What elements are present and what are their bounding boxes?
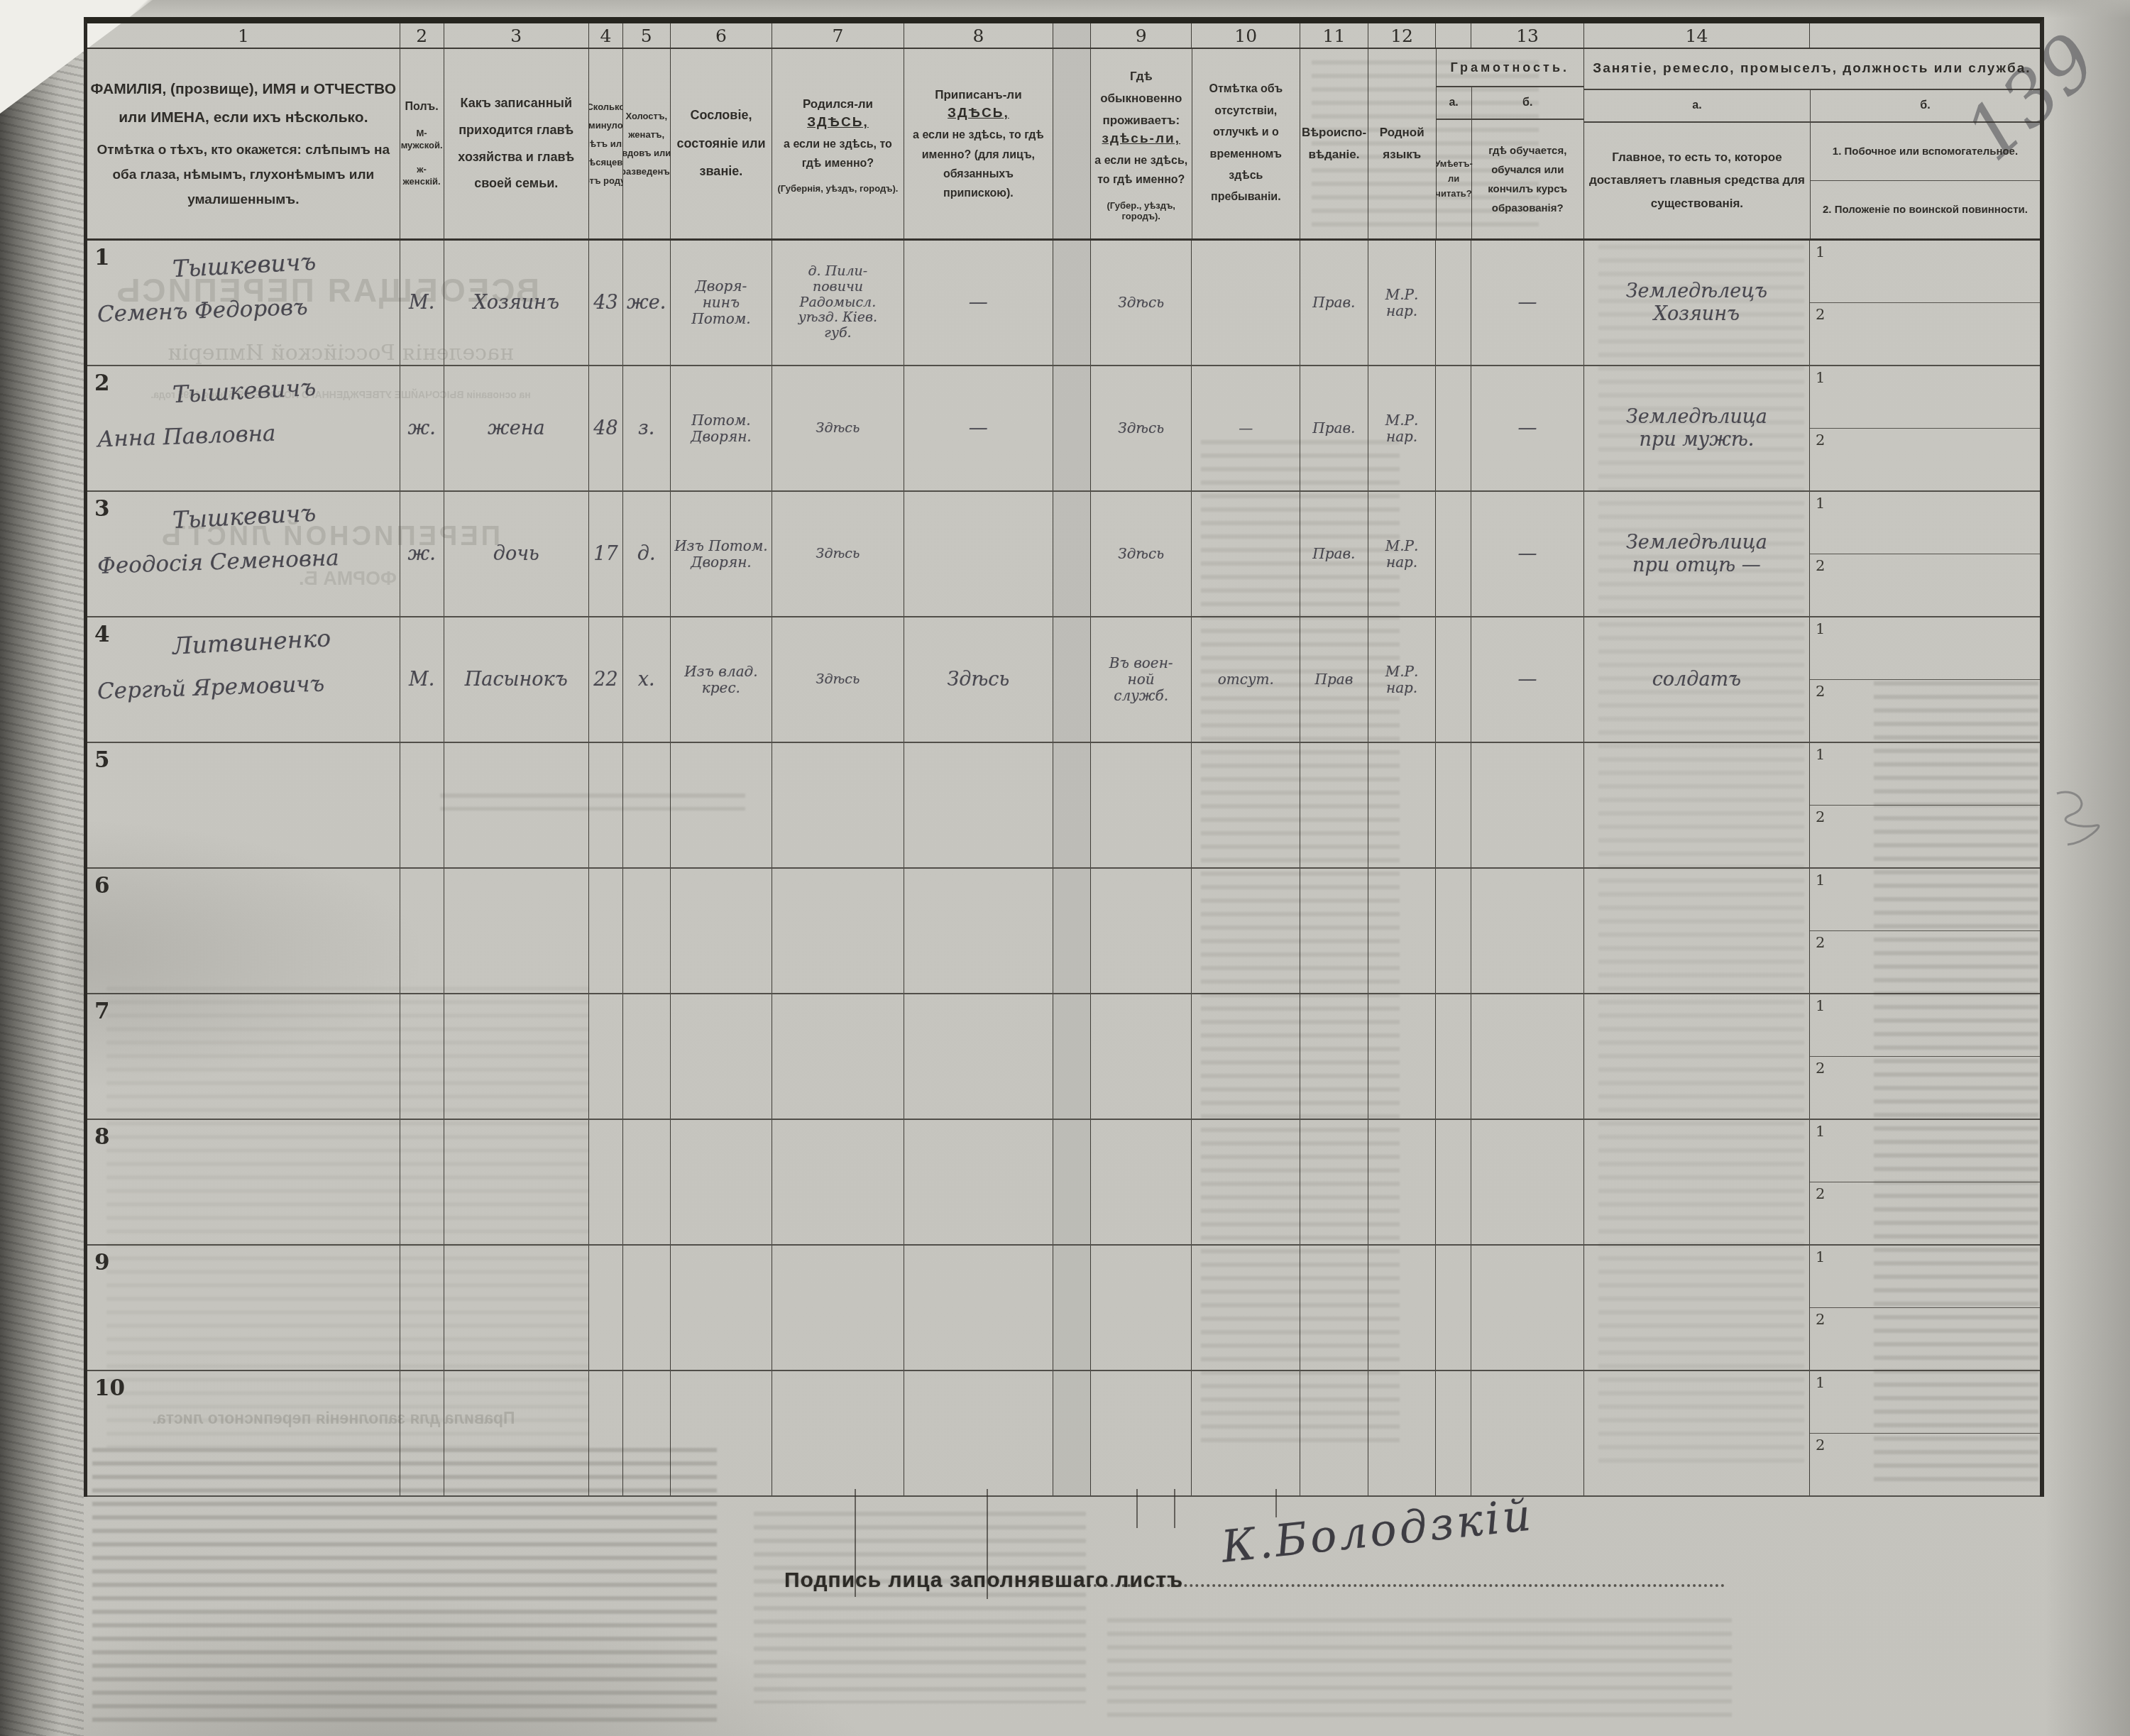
handwriting-religion: Прав.: [1312, 420, 1355, 436]
col-number-9: 9: [1091, 23, 1192, 48]
cell-estate: [671, 869, 773, 993]
handwriting-birthplace: Здѣсь: [816, 546, 860, 562]
signature-dotted-line: [1082, 1584, 1725, 1587]
cell-age: [589, 869, 623, 993]
subrow-label-2: 2: [1816, 934, 1825, 951]
secondary-occupation-subrow: 1: [1810, 1120, 2040, 1182]
page-fold-column: [1053, 1246, 1091, 1370]
secondary-occupation-subrow: 1: [1810, 492, 2040, 554]
handwriting-relation: жена: [488, 417, 545, 439]
handwriting-residence: Въ воен- ной служб.: [1109, 655, 1173, 704]
cell-language: [1368, 743, 1437, 867]
header-birthplace: Родился-ли ЗДѢСЬ, а если не здѣсь, то гд…: [772, 49, 904, 238]
cell-occupation-secondary: 1 2: [1810, 994, 2040, 1119]
header-registration-pre: Приписанъ-ли: [935, 84, 1021, 106]
cell-occupation: Земледѣлецъ Хозяинъ: [1584, 241, 1810, 365]
header-language-title: Родной языкъ: [1371, 122, 1433, 165]
handwriting-registration: —: [969, 417, 988, 439]
census-sheet-paper: ВСЕОБЩАЯ ПЕРЕПИСЬ населенія Россійской И…: [0, 0, 2130, 1736]
cell-name: 9: [87, 1246, 400, 1370]
cell-residence: Въ воен- ной служб.: [1091, 617, 1192, 742]
cell-birthplace: д. Пили- повичи Радомысл. уѣзд. Кіев. гу…: [772, 241, 904, 365]
subrow-label-1: 1: [1816, 1248, 1825, 1265]
header-registration-rest: а если не здѣсь, то гдѣ именно? (для лиц…: [907, 126, 1050, 203]
subrow-label-2: 2: [1816, 1436, 1825, 1454]
row-number: 4: [94, 622, 110, 647]
cell-estate: Изъ влад. крес.: [671, 617, 773, 742]
handwriting-estate: Изъ влад. крес.: [684, 664, 757, 696]
cell-registration: Здѣсь: [904, 617, 1053, 742]
cell-age: [589, 994, 623, 1119]
cell-name: 4 Литвиненко Сергѣй Яремовичъ: [87, 617, 400, 742]
header-occupation-title: Занятіе, ремесло, промыселъ, должность и…: [1584, 49, 2040, 90]
cell-education: —: [1471, 241, 1584, 365]
cell-residence: [1091, 1371, 1192, 1495]
cell-age: 43: [589, 241, 623, 365]
subrow-label-1: 1: [1816, 495, 1825, 512]
header-residence-note: (Губер., уѣздъ, городъ).: [1094, 200, 1189, 221]
header-absence: Отмѣтка объ отсутствіи, отлучкѣ и о врем…: [1192, 49, 1301, 238]
military-status-subrow: 2: [1810, 429, 2040, 491]
header-sex: Полъ. М-мужской. ж-женскій.: [400, 49, 444, 238]
header-marital: Холостъ, женатъ, вдовъ или разведенъ.: [623, 49, 671, 238]
cell-sex: ж.: [400, 492, 444, 616]
handwriting-birthplace: Здѣсь: [816, 672, 860, 688]
col-number-12: 12: [1368, 23, 1437, 48]
cell-age: 48: [589, 366, 623, 490]
secondary-occupation-subrow: 1: [1810, 241, 2040, 303]
cell-name: 3 Тышкевичъ Феодосія Семеновна: [87, 492, 400, 616]
cell-absence: [1192, 1120, 1300, 1244]
handwriting-relation: Хозяинъ: [473, 292, 559, 314]
handwriting-education: —: [1518, 669, 1537, 691]
handwriting-education: —: [1518, 292, 1537, 314]
subrow-label-1: 1: [1816, 1374, 1825, 1391]
enumerator-signature: К.Болодзкій: [1219, 1488, 1535, 1573]
row-number: 9: [94, 1250, 110, 1275]
cell-literacy: [1436, 994, 1471, 1119]
cell-sex: [400, 1371, 444, 1495]
col-number-14b: [1810, 23, 2040, 48]
handwriting-sex: М.: [409, 669, 434, 691]
subrow-label-2: 2: [1816, 306, 1825, 323]
cell-education: [1471, 1246, 1584, 1370]
row-number: 10: [94, 1375, 125, 1401]
header-registration: Приписанъ-ли ЗДѢСЬ, а если не здѣсь, то …: [904, 49, 1053, 238]
header-literacy-a-text: Умѣетъ-ли читать?: [1437, 120, 1471, 238]
cell-birthplace: Здѣсь: [772, 366, 904, 490]
header-estate: Сословіе, состояніе или званіе.: [671, 49, 773, 238]
cell-registration: [904, 1371, 1053, 1495]
header-relation: Какъ записанный приходится главѣ хозяйст…: [444, 49, 589, 238]
subrow-label-2: 2: [1816, 683, 1825, 700]
cell-religion: [1300, 994, 1368, 1119]
secondary-occupation-subrow: 1: [1810, 617, 2040, 680]
cell-registration: [904, 869, 1053, 993]
cell-occupation-secondary: 1 2: [1810, 869, 2040, 993]
page-fold-column: [1053, 49, 1091, 238]
column-line-extension: [1275, 1489, 1277, 1517]
header-sex-female: ж-женскій.: [403, 163, 441, 188]
cell-marital: х.: [623, 617, 671, 742]
military-status-subrow: 2: [1810, 931, 2040, 994]
cell-name: 6: [87, 869, 400, 993]
row-number: 1: [94, 245, 110, 270]
row-number: 5: [94, 747, 110, 773]
cell-occupation-secondary: 1 2: [1810, 241, 2040, 365]
cell-estate: Изъ Потом. Дворян.: [671, 492, 773, 616]
military-status-subrow: 2: [1810, 1434, 2040, 1496]
military-status-subrow: 2: [1810, 680, 2040, 742]
cell-registration: —: [904, 241, 1053, 365]
cell-name: 5: [87, 743, 400, 867]
pencil-squiggle: [2050, 786, 2107, 850]
handwriting-age: 48: [593, 417, 617, 439]
handwriting-registration: Здѣсь: [948, 669, 1010, 691]
cell-language: [1368, 1246, 1437, 1370]
handwriting-age: 22: [593, 669, 617, 691]
cell-occupation: Земледѣлица при мужѣ.: [1584, 366, 1810, 490]
cell-literacy: [1436, 869, 1471, 993]
cell-age: 22: [589, 617, 623, 742]
header-sex-title: Полъ.: [405, 99, 439, 115]
cell-occupation-secondary: 1 2: [1810, 617, 2040, 742]
cell-language: [1368, 1120, 1437, 1244]
handwriting-surname: Тышкевичъ: [172, 374, 317, 408]
cell-residence: [1091, 1120, 1192, 1244]
subrow-label-2: 2: [1816, 557, 1825, 574]
cell-relation: [444, 869, 589, 993]
cell-relation: [444, 1371, 589, 1495]
handwriting-residence: Здѣсь: [1118, 546, 1164, 562]
column-line-extension: [1174, 1489, 1175, 1528]
col-number-1: 1: [87, 23, 400, 48]
cell-marital: [623, 869, 671, 993]
header-occupation-a-label: а.: [1584, 90, 1810, 123]
cell-sex: М.: [400, 617, 444, 742]
handwriting-residence: Здѣсь: [1118, 295, 1164, 311]
cell-language: М.Р. нар.: [1368, 241, 1437, 365]
row-number: 3: [94, 496, 110, 522]
row-number: 6: [94, 873, 110, 899]
page-fold-column: [1053, 869, 1091, 993]
cell-residence: Здѣсь: [1091, 366, 1192, 490]
cell-absence: [1192, 241, 1300, 365]
cell-registration: [904, 743, 1053, 867]
header-occupation-b1-text: 1. Побочное или вспомогательное.: [1811, 123, 2040, 181]
header-residence: Гдѣ обыкновенно проживаетъ: здѣсь-ли, а …: [1091, 49, 1192, 238]
handwriting-sex: ж.: [407, 417, 435, 439]
cell-estate: Потом. Дворян.: [671, 366, 773, 490]
handwriting-estate: Изъ Потом. Дворян.: [674, 538, 767, 571]
header-age-title: Сколько минуло лѣтъ или мѣсяцевъ отъ род…: [589, 98, 623, 190]
cell-education: [1471, 1120, 1584, 1244]
cell-estate: [671, 994, 773, 1119]
handwriting-occupation: солдатъ: [1652, 669, 1741, 691]
header-age: Сколько минуло лѣтъ или мѣсяцевъ отъ род…: [589, 49, 623, 238]
cell-residence: [1091, 743, 1192, 867]
table-row: 7 1 2: [87, 994, 2040, 1120]
cell-estate: [671, 743, 773, 867]
cell-literacy: [1436, 1120, 1471, 1244]
cell-marital: же.: [623, 241, 671, 365]
cell-absence: [1192, 1246, 1300, 1370]
cell-absence: [1192, 1371, 1300, 1495]
cell-relation: жена: [444, 366, 589, 490]
cell-education: [1471, 1371, 1584, 1495]
scan-edge-left: [0, 0, 84, 1736]
secondary-occupation-subrow: 1: [1810, 743, 2040, 806]
row-number: 8: [94, 1124, 110, 1150]
cell-literacy: [1436, 1371, 1471, 1495]
cell-occupation-secondary: 1 2: [1810, 492, 2040, 616]
header-name: ФАМИЛІЯ, (прозвище), ИМЯ и ОТЧЕСТВО или …: [87, 49, 400, 238]
cell-absence: отсут.: [1192, 617, 1300, 742]
cell-education: [1471, 994, 1584, 1119]
cell-birthplace: Здѣсь: [772, 617, 904, 742]
col-number-6: 6: [671, 23, 773, 48]
cell-absence: —: [1192, 366, 1300, 490]
col-number-8: 8: [904, 23, 1053, 48]
cell-residence: Здѣсь: [1091, 492, 1192, 616]
handwriting-language: М.Р. нар.: [1368, 287, 1436, 319]
cell-name: 8: [87, 1120, 400, 1244]
handwriting-surname: Литвиненко: [172, 625, 331, 660]
military-status-subrow: 2: [1810, 1182, 2040, 1245]
handwriting-surname: Тышкевичъ: [172, 500, 317, 534]
cell-name: 7: [87, 994, 400, 1119]
col-number-5: 5: [623, 23, 671, 48]
subrow-label-2: 2: [1816, 1185, 1825, 1202]
military-status-subrow: 2: [1810, 806, 2040, 868]
header-residence-rest: а если не здѣсь, то гдѣ именно?: [1094, 151, 1189, 189]
cell-name: 10: [87, 1371, 400, 1495]
cell-birthplace: [772, 1246, 904, 1370]
header-birthplace-strong: ЗДѢСЬ,: [807, 115, 869, 131]
cell-birthplace: [772, 1120, 904, 1244]
handwriting-residence: Здѣсь: [1118, 420, 1164, 436]
cell-language: [1368, 994, 1437, 1119]
handwriting-sex: М.: [409, 292, 434, 314]
cell-residence: [1091, 1246, 1192, 1370]
military-status-subrow: 2: [1810, 1308, 2040, 1370]
handwriting-marital: д.: [637, 543, 656, 565]
cell-religion: [1300, 1371, 1368, 1495]
handwriting-absence: —: [1239, 420, 1253, 436]
header-literacy-b-label: б.: [1472, 87, 1583, 120]
header-residence-strong: здѣсь-ли,: [1102, 131, 1180, 147]
table-row: 2 Тышкевичъ Анна Павловна ж. жена 48 з. …: [87, 366, 2040, 492]
col-number-13: [1436, 23, 1471, 48]
subrow-label-2: 2: [1816, 808, 1825, 825]
col-number-11: 11: [1300, 23, 1368, 48]
subrow-label-2: 2: [1816, 1311, 1825, 1328]
secondary-occupation-subrow: 1: [1810, 366, 2040, 429]
cell-relation: [444, 1120, 589, 1244]
col-number-10: 10: [1192, 23, 1300, 48]
cell-birthplace: [772, 994, 904, 1119]
cell-marital: з.: [623, 366, 671, 490]
cell-name: 2 Тышкевичъ Анна Павловна: [87, 366, 400, 490]
row-number: 2: [94, 370, 110, 396]
secondary-occupation-subrow: 1: [1810, 1371, 2040, 1434]
header-religion-title: Вѣроиспо-вѣданіе.: [1302, 122, 1366, 165]
cell-sex: [400, 743, 444, 867]
cell-occupation: Земледѣлица при отцѣ —: [1584, 492, 1810, 616]
table-row: 4 Литвиненко Сергѣй Яремовичъ М. Пасынок…: [87, 617, 2040, 743]
cell-absence: [1192, 743, 1300, 867]
col-number-4: 4: [589, 23, 623, 48]
cell-literacy: [1436, 617, 1471, 742]
page-fold-column: [1053, 743, 1091, 867]
header-estate-title: Сословіе, состояніе или званіе.: [674, 101, 769, 186]
page-fold-column: [1053, 366, 1091, 490]
header-marital-title: Холостъ, женатъ, вдовъ или разведенъ.: [623, 107, 671, 181]
cell-occupation: [1584, 1246, 1810, 1370]
cell-residence: [1091, 869, 1192, 993]
cell-language: [1368, 1371, 1437, 1495]
cell-estate: [671, 1120, 773, 1244]
handwriting-occupation: Земледѣлица при мужѣ.: [1626, 406, 1767, 450]
cell-occupation-secondary: 1 2: [1810, 1371, 2040, 1495]
cell-occupation: [1584, 994, 1810, 1119]
subrow-label-1: 1: [1816, 1123, 1825, 1140]
handwriting-given-name: Феодосія Семеновна: [97, 546, 339, 580]
handwriting-religion: Прав.: [1312, 295, 1355, 311]
cell-absence: [1192, 994, 1300, 1119]
page-fold-column: [1053, 617, 1091, 742]
col-number-3: 3: [444, 23, 589, 48]
cell-occupation: солдатъ: [1584, 617, 1810, 742]
bleedthrough-text-region: [754, 1512, 1086, 1703]
cell-education: —: [1471, 492, 1584, 616]
page-fold-column: [1053, 23, 1091, 48]
subrow-label-1: 1: [1816, 243, 1825, 260]
cell-birthplace: Здѣсь: [772, 492, 904, 616]
header-religion: Вѣроиспо-вѣданіе.: [1300, 49, 1368, 238]
cell-relation: Хозяинъ: [444, 241, 589, 365]
table-body: 1 Тышкевичъ Семенъ Федоровъ М. Хозяинъ 4…: [87, 241, 2040, 1497]
subrow-label-2: 2: [1816, 432, 1825, 449]
subrow-label-1: 1: [1816, 872, 1825, 889]
table-row: 8 1 2: [87, 1120, 2040, 1246]
handwriting-age: 17: [593, 543, 617, 565]
cell-education: [1471, 869, 1584, 993]
cell-religion: Прав.: [1300, 241, 1368, 365]
page-fold-column: [1053, 492, 1091, 616]
cell-birthplace: [772, 869, 904, 993]
header-residence-pre: Гдѣ обыкновенно проживаетъ:: [1094, 66, 1189, 131]
cell-age: [589, 1371, 623, 1495]
handwriting-surname: Тышкевичъ: [172, 248, 317, 282]
handwriting-absence: отсут.: [1218, 671, 1274, 688]
handwriting-relation: Пасынокъ: [465, 669, 568, 691]
cell-birthplace: [772, 743, 904, 867]
cell-sex: ж.: [400, 366, 444, 490]
header-literacy-title: Грамотность.: [1437, 49, 1583, 87]
handwriting-estate: Дворя- нинъ Потом.: [691, 278, 750, 327]
cell-marital: [623, 1120, 671, 1244]
header-literacy: Грамотность. а. Умѣетъ-ли читать? б. гдѣ…: [1437, 49, 1584, 238]
cell-name: 1 Тышкевичъ Семенъ Федоровъ: [87, 241, 400, 365]
cell-marital: [623, 1371, 671, 1495]
cell-relation: Пасынокъ: [444, 617, 589, 742]
handwriting-occupation: Земледѣлецъ Хозяинъ: [1626, 280, 1767, 324]
cell-occupation-secondary: 1 2: [1810, 1246, 2040, 1370]
cell-birthplace: [772, 1371, 904, 1495]
table-row: 3 Тышкевичъ Феодосія Семеновна ж. дочь 1…: [87, 492, 2040, 617]
military-status-subrow: 2: [1810, 1057, 2040, 1119]
header-relation-title: Какъ записанный приходится главѣ хозяйст…: [447, 90, 586, 197]
header-literacy-a-label: а.: [1437, 87, 1471, 120]
header-literacy-b-text: гдѣ обучается, обучался или кончилъ курс…: [1472, 120, 1583, 238]
cell-religion: Прав.: [1300, 492, 1368, 616]
handwriting-religion: Прав: [1314, 671, 1353, 688]
cell-language: [1368, 869, 1437, 993]
subrow-label-1: 1: [1816, 620, 1825, 637]
military-status-subrow: 2: [1810, 554, 2040, 617]
cell-occupation: [1584, 743, 1810, 867]
cell-occupation: [1584, 869, 1810, 993]
cell-religion: [1300, 743, 1368, 867]
subrow-label-1: 1: [1816, 369, 1825, 386]
cell-religion: Прав: [1300, 617, 1368, 742]
header-registration-strong: ЗДѢСЬ,: [948, 106, 1009, 121]
table-row: 9 1 2: [87, 1246, 2040, 1371]
cell-education: —: [1471, 366, 1584, 490]
cell-language: М.Р. нар.: [1368, 366, 1437, 490]
table-row: 5 1 2: [87, 743, 2040, 869]
cell-age: 17: [589, 492, 623, 616]
header-sex-male: М-мужской.: [401, 127, 443, 152]
cell-sex: [400, 1246, 444, 1370]
header-absence-title: Отмѣтка объ отсутствіи, отлучкѣ и о врем…: [1195, 79, 1297, 208]
cell-relation: [444, 1246, 589, 1370]
cell-literacy: [1436, 366, 1471, 490]
cell-registration: [904, 1120, 1053, 1244]
column-number-row: 1 2 3 4 5 6 7 8 9 10 11 12 13 14: [87, 23, 2040, 49]
cell-religion: [1300, 1120, 1368, 1244]
cell-religion: [1300, 869, 1368, 993]
handwriting-given-name: Семенъ Федоровъ: [97, 295, 308, 328]
header-language: Родной языкъ: [1368, 49, 1437, 238]
cell-literacy: [1436, 743, 1471, 867]
cell-occupation: [1584, 1120, 1810, 1244]
bleedthrough-text-region: [1107, 1618, 1732, 1725]
military-status-subrow: 2: [1810, 303, 2040, 366]
secondary-occupation-subrow: 1: [1810, 1246, 2040, 1308]
table-row: 6 1 2: [87, 869, 2040, 994]
page-fold-column: [1053, 241, 1091, 365]
cell-sex: [400, 1120, 444, 1244]
header-occupation-a-text: Главное, то есть то, которое доставляетъ…: [1584, 123, 1810, 238]
table-row: 1 Тышкевичъ Семенъ Федоровъ М. Хозяинъ 4…: [87, 241, 2040, 366]
cell-relation: [444, 743, 589, 867]
handwriting-birthplace: Здѣсь: [816, 421, 860, 436]
cell-absence: [1192, 869, 1300, 993]
cell-education: [1471, 743, 1584, 867]
cell-occupation: [1584, 1371, 1810, 1495]
subrow-label-1: 1: [1816, 746, 1825, 763]
cell-language: М.Р. нар.: [1368, 617, 1437, 742]
cell-residence: Здѣсь: [1091, 241, 1192, 365]
cell-absence: [1192, 492, 1300, 616]
cell-sex: [400, 869, 444, 993]
handwriting-education: —: [1518, 543, 1537, 565]
subrow-label-1: 1: [1816, 997, 1825, 1014]
col-number-2: 2: [400, 23, 444, 48]
header-name-title: ФАМИЛІЯ, (прозвище), ИМЯ и ОТЧЕСТВО или …: [90, 75, 397, 132]
